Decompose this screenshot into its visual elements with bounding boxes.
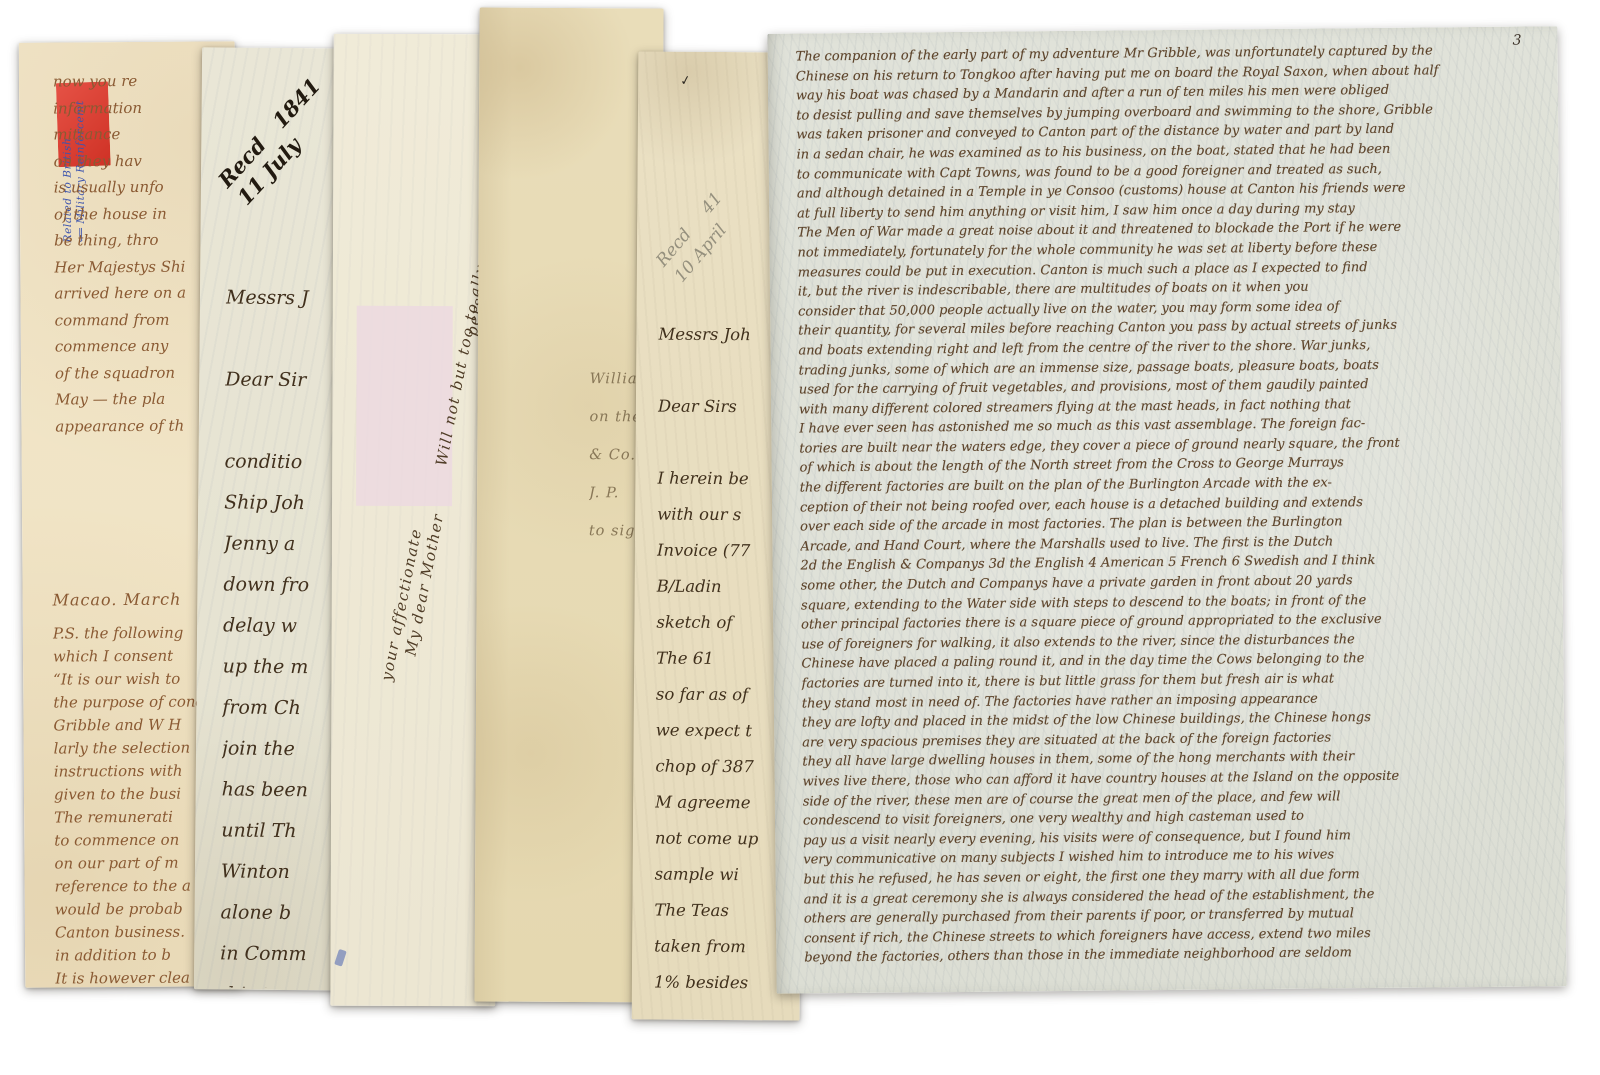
ink-smudge — [334, 949, 347, 967]
letter6-body: The companion of the early part of my ad… — [796, 40, 1553, 983]
received-date-mark: Recd1841 11 July — [213, 73, 345, 210]
letter-sheet-6: 3 The companion of the early part of my … — [767, 26, 1566, 994]
paper-patch — [356, 306, 453, 506]
pencil-check-mark: ✓ — [679, 73, 692, 90]
manuscript-letters-photo: Related to British ⟸Military Reinforcemt… — [0, 0, 1600, 1075]
letter1-dateline: Macao. March — [53, 590, 182, 610]
letter-sheet-3: your affectionate My dear Mother Will no… — [330, 34, 498, 1007]
pencil-received-mark: Recd41 10 April — [651, 187, 746, 287]
handwritten-line: not yet de — [654, 1001, 800, 1008]
